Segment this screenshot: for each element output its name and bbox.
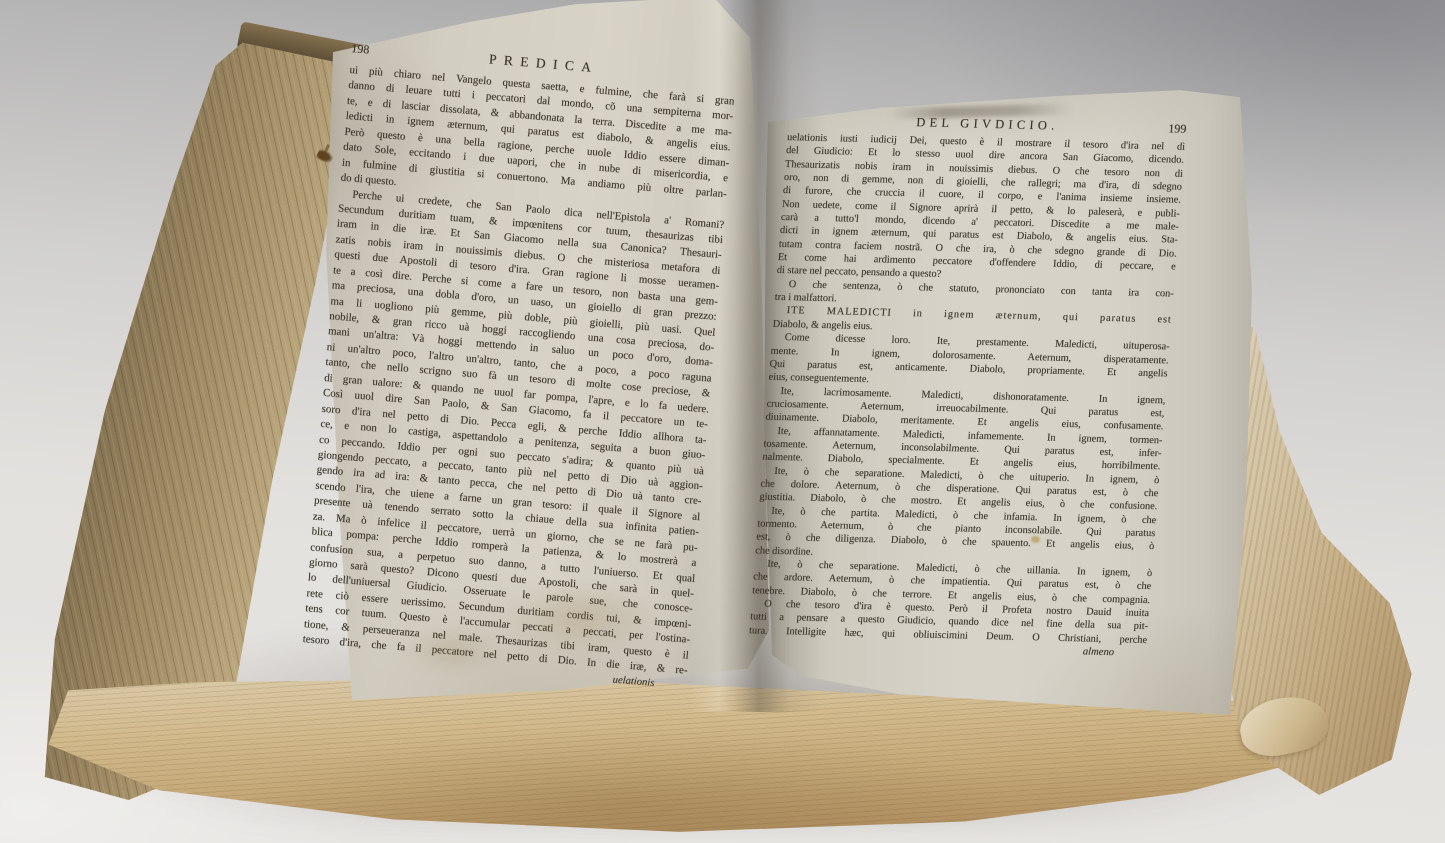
foxing-spot <box>1031 536 1040 543</box>
header-spacer <box>598 72 736 83</box>
stain <box>405 628 500 674</box>
stain <box>505 583 655 653</box>
header-spacer <box>788 123 916 126</box>
right-text-lines: uelationis iusti iudicij Dei, questo è i… <box>749 131 1186 647</box>
right-page-text: DEL GIVDICIO. 199 uelationis iusti iudic… <box>748 112 1187 659</box>
photo-backdrop: 198 PREDICA ui più chiaro nel Vangelo qu… <box>0 0 1445 843</box>
right-folio-number: 199 <box>1058 119 1187 137</box>
